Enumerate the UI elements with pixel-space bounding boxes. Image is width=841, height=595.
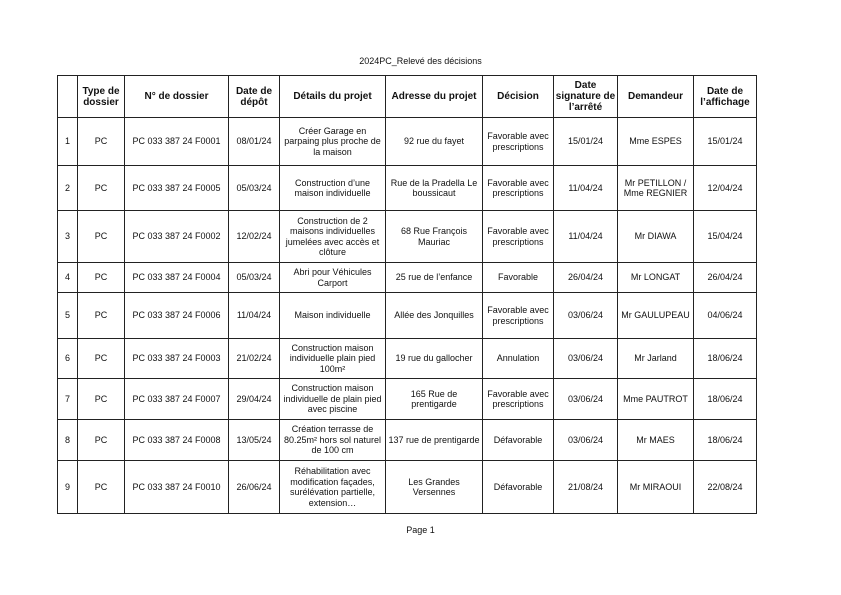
cell-decision: Favorable avec prescriptions	[483, 166, 554, 211]
cell-type-dossier: PC	[78, 293, 125, 339]
cell-date-affichage: 18/06/24	[694, 420, 757, 461]
cell-date-affichage: 18/06/24	[694, 379, 757, 420]
cell-numero-dossier: PC 033 387 24 F0010	[125, 461, 229, 514]
cell-date-signature: 11/04/24	[554, 166, 618, 211]
cell-decision: Défavorable	[483, 420, 554, 461]
cell-type-dossier: PC	[78, 263, 125, 293]
cell-demandeur: Mr Jarland	[618, 339, 694, 379]
cell-type-dossier: PC	[78, 339, 125, 379]
cell-date-depot: 21/02/24	[229, 339, 280, 379]
cell-type-dossier: PC	[78, 379, 125, 420]
cell-row-index: 2	[58, 166, 78, 211]
cell-row-index: 6	[58, 339, 78, 379]
cell-date-depot: 05/03/24	[229, 166, 280, 211]
table-row: 8PCPC 033 387 24 F000813/05/24Création t…	[58, 420, 757, 461]
table-row: 7PCPC 033 387 24 F000729/04/24Constructi…	[58, 379, 757, 420]
header-date-signature: Date signature de l’arrêté	[554, 76, 618, 118]
cell-numero-dossier: PC 033 387 24 F0001	[125, 118, 229, 166]
cell-demandeur: Mr MIRAOUI	[618, 461, 694, 514]
cell-demandeur: Mme PAUTROT	[618, 379, 694, 420]
cell-decision: Favorable	[483, 263, 554, 293]
table-header-row: Type de dossier N° de dossier Date de dé…	[58, 76, 757, 118]
cell-details-projet: Création terrasse de 80.25m² hors sol na…	[280, 420, 386, 461]
cell-date-affichage: 22/08/24	[694, 461, 757, 514]
cell-decision: Favorable avec prescriptions	[483, 379, 554, 420]
cell-type-dossier: PC	[78, 166, 125, 211]
table-row: 4PCPC 033 387 24 F000405/03/24Abri pour …	[58, 263, 757, 293]
cell-adresse-projet: 92 rue du fayet	[386, 118, 483, 166]
cell-decision: Défavorable	[483, 461, 554, 514]
cell-date-signature: 03/06/24	[554, 293, 618, 339]
header-numero-dossier: N° de dossier	[125, 76, 229, 118]
header-date-depot: Date de dépôt	[229, 76, 280, 118]
cell-row-index: 1	[58, 118, 78, 166]
cell-row-index: 5	[58, 293, 78, 339]
cell-adresse-projet: 19 rue du gallocher	[386, 339, 483, 379]
cell-numero-dossier: PC 033 387 24 F0002	[125, 211, 229, 263]
cell-date-affichage: 26/04/24	[694, 263, 757, 293]
cell-date-signature: 11/04/24	[554, 211, 618, 263]
header-decision: Décision	[483, 76, 554, 118]
cell-date-signature: 03/06/24	[554, 420, 618, 461]
cell-date-depot: 12/02/24	[229, 211, 280, 263]
cell-details-projet: Construction de 2 maisons individuelles …	[280, 211, 386, 263]
cell-details-projet: Construction maison individuelle de plai…	[280, 379, 386, 420]
cell-details-projet: Construction d’une maison individuelle	[280, 166, 386, 211]
document-title: 2024PC_Relevé des décisions	[0, 56, 841, 66]
cell-date-affichage: 15/04/24	[694, 211, 757, 263]
table-row: 3PCPC 033 387 24 F000212/02/24Constructi…	[58, 211, 757, 263]
cell-type-dossier: PC	[78, 461, 125, 514]
header-type-dossier: Type de dossier	[78, 76, 125, 118]
cell-details-projet: Abri pour Véhicules Carport	[280, 263, 386, 293]
cell-date-depot: 08/01/24	[229, 118, 280, 166]
cell-demandeur: Mr MAES	[618, 420, 694, 461]
cell-type-dossier: PC	[78, 118, 125, 166]
header-adresse-projet: Adresse du projet	[386, 76, 483, 118]
cell-numero-dossier: PC 033 387 24 F0003	[125, 339, 229, 379]
cell-numero-dossier: PC 033 387 24 F0008	[125, 420, 229, 461]
cell-adresse-projet: 25 rue de l’enfance	[386, 263, 483, 293]
cell-date-affichage: 12/04/24	[694, 166, 757, 211]
cell-adresse-projet: Allée des Jonquilles	[386, 293, 483, 339]
cell-decision: Annulation	[483, 339, 554, 379]
cell-row-index: 9	[58, 461, 78, 514]
cell-adresse-projet: 68 Rue François Mauriac	[386, 211, 483, 263]
decisions-table: Type de dossier N° de dossier Date de dé…	[57, 75, 757, 514]
cell-date-depot: 11/04/24	[229, 293, 280, 339]
table-row: 5PCPC 033 387 24 F000611/04/24Maison ind…	[58, 293, 757, 339]
cell-demandeur: Mr DIAWA	[618, 211, 694, 263]
cell-adresse-projet: 137 rue de prentigarde	[386, 420, 483, 461]
cell-date-affichage: 15/01/24	[694, 118, 757, 166]
cell-numero-dossier: PC 033 387 24 F0005	[125, 166, 229, 211]
cell-numero-dossier: PC 033 387 24 F0007	[125, 379, 229, 420]
cell-row-index: 8	[58, 420, 78, 461]
cell-decision: Favorable avec prescriptions	[483, 293, 554, 339]
cell-numero-dossier: PC 033 387 24 F0004	[125, 263, 229, 293]
table-row: 2PCPC 033 387 24 F000505/03/24Constructi…	[58, 166, 757, 211]
cell-date-signature: 15/01/24	[554, 118, 618, 166]
cell-demandeur: Mr PETILLON / Mme REGNIER	[618, 166, 694, 211]
cell-date-depot: 26/06/24	[229, 461, 280, 514]
cell-adresse-projet: Rue de la Pradella Le boussicaut	[386, 166, 483, 211]
cell-type-dossier: PC	[78, 420, 125, 461]
cell-row-index: 3	[58, 211, 78, 263]
cell-date-signature: 21/08/24	[554, 461, 618, 514]
cell-type-dossier: PC	[78, 211, 125, 263]
cell-date-depot: 13/05/24	[229, 420, 280, 461]
cell-details-projet: Maison individuelle	[280, 293, 386, 339]
cell-date-affichage: 18/06/24	[694, 339, 757, 379]
cell-decision: Favorable avec prescriptions	[483, 118, 554, 166]
cell-demandeur: Mr LONGAT	[618, 263, 694, 293]
cell-numero-dossier: PC 033 387 24 F0006	[125, 293, 229, 339]
header-index	[58, 76, 78, 118]
cell-details-projet: Créer Garage en parpaing plus proche de …	[280, 118, 386, 166]
cell-demandeur: Mme ESPES	[618, 118, 694, 166]
cell-decision: Favorable avec prescriptions	[483, 211, 554, 263]
cell-demandeur: Mr GAULUPEAU	[618, 293, 694, 339]
header-demandeur: Demandeur	[618, 76, 694, 118]
cell-date-signature: 03/06/24	[554, 339, 618, 379]
header-details-projet: Détails du projet	[280, 76, 386, 118]
table-row: 1PCPC 033 387 24 F000108/01/24Créer Gara…	[58, 118, 757, 166]
cell-details-projet: Réhabilitation avec modification façades…	[280, 461, 386, 514]
cell-adresse-projet: Les Grandes Versennes	[386, 461, 483, 514]
header-date-affichage: Date de l’affichage	[694, 76, 757, 118]
cell-row-index: 4	[58, 263, 78, 293]
table-row: 6PCPC 033 387 24 F000321/02/24Constructi…	[58, 339, 757, 379]
page-number: Page 1	[0, 525, 841, 535]
cell-date-depot: 05/03/24	[229, 263, 280, 293]
cell-adresse-projet: 165 Rue de prentigarde	[386, 379, 483, 420]
cell-date-depot: 29/04/24	[229, 379, 280, 420]
cell-details-projet: Construction maison individuelle plain p…	[280, 339, 386, 379]
cell-date-signature: 03/06/24	[554, 379, 618, 420]
cell-row-index: 7	[58, 379, 78, 420]
table-row: 9PCPC 033 387 24 F001026/06/24Réhabilita…	[58, 461, 757, 514]
cell-date-affichage: 04/06/24	[694, 293, 757, 339]
cell-date-signature: 26/04/24	[554, 263, 618, 293]
